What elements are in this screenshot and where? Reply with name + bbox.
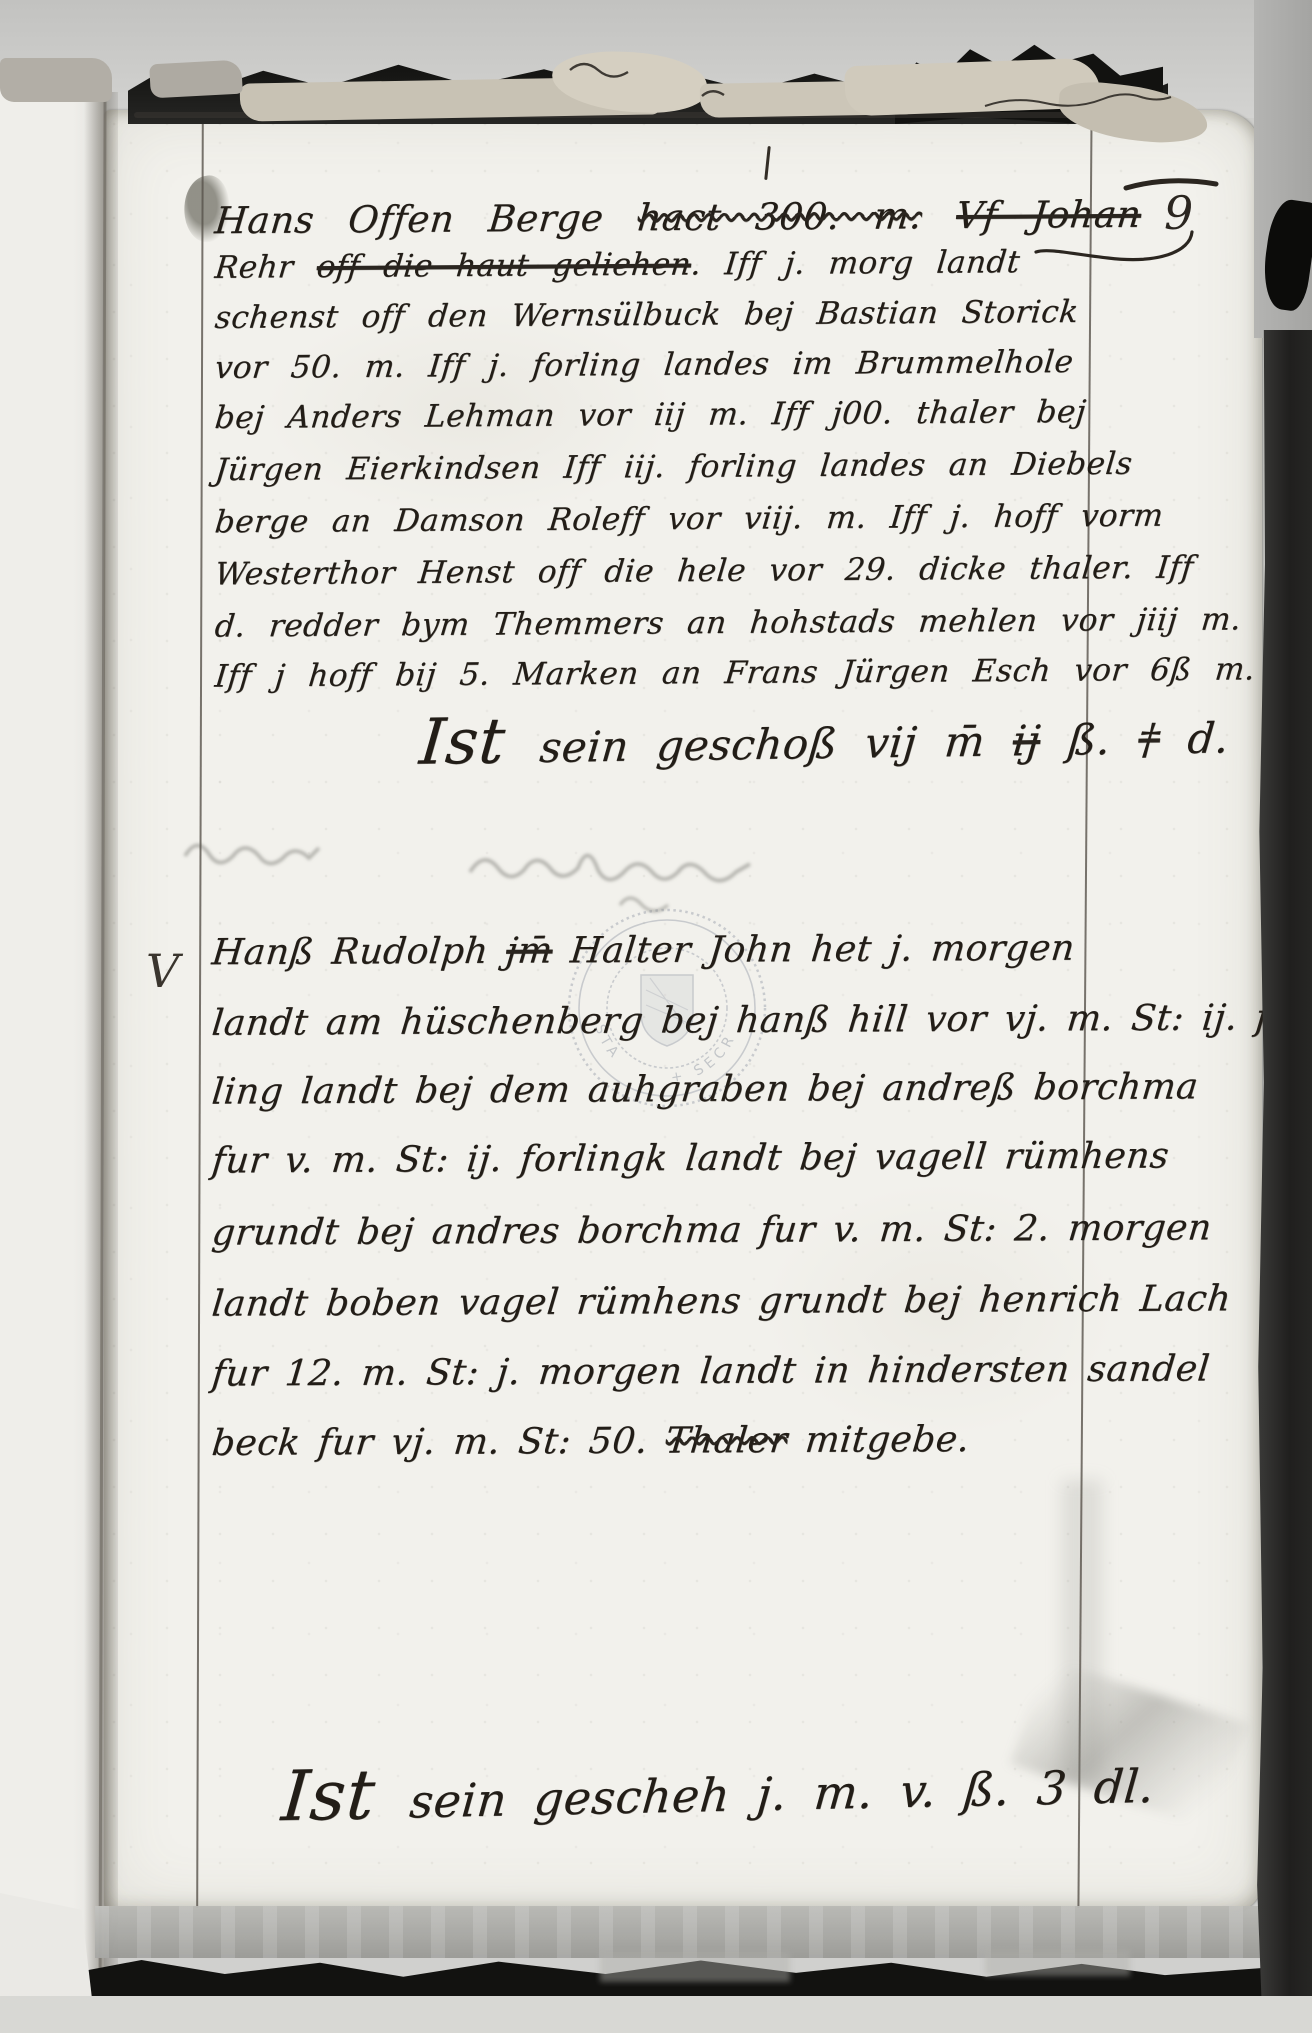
binding-bottom-light-patch: [600, 1952, 790, 1982]
entry1-line-8: Westerthor Henst off die hele vor 29. di…: [213, 550, 1195, 593]
entry1-sum-line: Ist sein geschoß vij m̄ ij ß. † d.: [417, 694, 1233, 778]
entry1-line-6: Jürgen Eierkindsen Iff iij. forling land…: [213, 446, 1134, 488]
entry1-line-10: Iff j hoff bij 5. Marken an Frans Jürgen…: [213, 651, 1257, 694]
entry2-line-8: beck fur vj. m. St: 50. Thaler mitgebe.: [210, 1419, 972, 1464]
entry2-line-5: grundt bej andres borchma fur v. m. St: …: [210, 1207, 1214, 1253]
flourished-initial-word: Ist: [417, 704, 544, 779]
entry2-line-2: landt am hüschenberg bej hanß hill vor v…: [210, 997, 1311, 1044]
torn-paper-fragment: [149, 60, 243, 99]
struck-out-text: off die haut geliehen: [315, 246, 693, 285]
scanned-manuscript-page: STA + SECR 9 V Hans Offen Berge hact 300…: [0, 0, 1312, 2033]
entry2-line-6: landt boben vagel rümhens grundt bej hen…: [210, 1278, 1233, 1324]
entry1-line-3: schenst off den Wernsülbuck bej Bastian …: [213, 294, 1080, 336]
entry2-line-3: ling landt bej dem auhgraben bej andreß …: [210, 1066, 1200, 1112]
entry1-line-5: bej Anders Lehman vor iij m. Iff j00. th…: [213, 394, 1088, 436]
entry1-line-1: Hans Offen Berge hact 300. m. Vf Johan: [213, 193, 1143, 242]
struck-out-text: Thaler: [664, 1420, 790, 1462]
page-number: 9: [1164, 186, 1193, 240]
entry1-line-7: berge an Damson Roleff vor viij. m. Iff …: [213, 498, 1165, 541]
flourished-initial-word: Ist: [279, 1754, 414, 1837]
entry2-line-1: Hanß Rudolph jm̄ Halter John het j. morg…: [210, 928, 1077, 974]
struck-out-text: Vf Johan: [954, 193, 1143, 237]
struck-out-text: hact 300. m.: [636, 194, 924, 239]
scanner-background-bottom: [0, 1996, 1312, 2033]
torn-paper-fragment: [0, 58, 112, 102]
entry2-line-7: fur 12. m. St: j. morgen landt in hinder…: [210, 1348, 1212, 1394]
entry1-line-2: Rehr off die haut geliehen. Iff j. morg …: [213, 244, 1021, 286]
struck-out-text: ij: [1011, 716, 1043, 765]
binding-bottom-light-patch: [985, 1950, 1130, 1976]
book-edge-right-dark: [1256, 330, 1312, 2002]
struck-out-text: †: [1136, 714, 1162, 763]
margin-mark: V: [146, 944, 179, 998]
entry2-line-4: fur v. m. St: ij. forlingk landt bej vag…: [210, 1135, 1171, 1181]
entry1-line-9: d. redder bym Themmers an hohstads mehle…: [213, 601, 1243, 644]
struck-out-text: jm̄: [504, 930, 554, 971]
entry1-line-4: vor 50. m. Iff j. forling landes im Brum…: [213, 344, 1075, 386]
